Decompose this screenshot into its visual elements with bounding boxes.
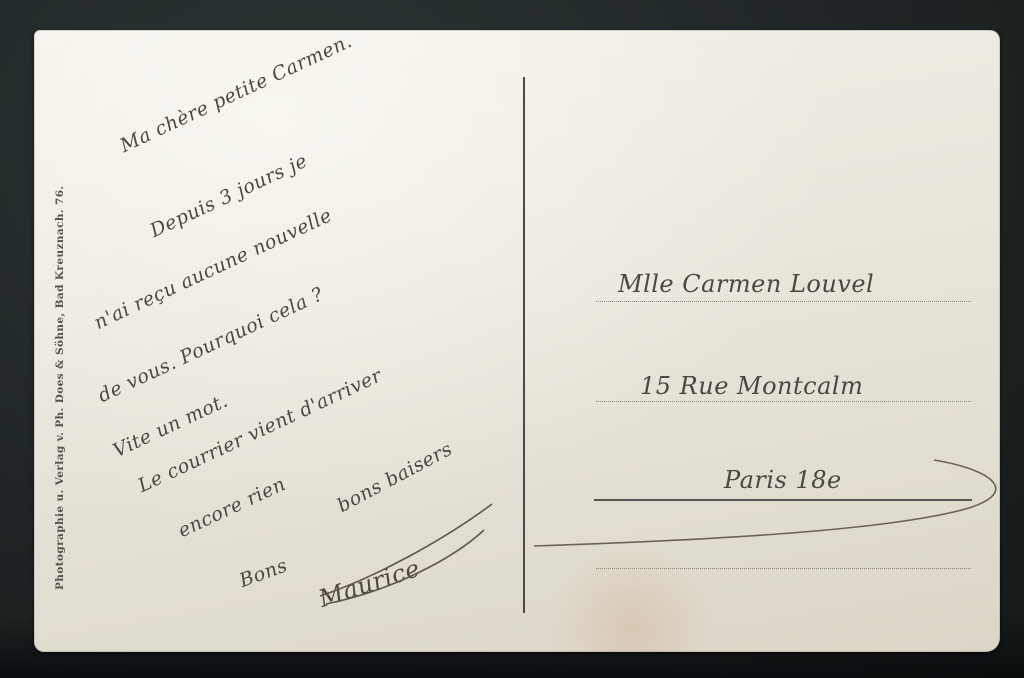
address-street: 15 Rue Montcalm <box>640 372 863 400</box>
address-line-4 <box>596 568 971 569</box>
message-line-closing: Bons <box>236 554 290 592</box>
message-line-greeting: Ma chère petite Carmen. <box>117 30 356 157</box>
message-line-8: bons baisers <box>334 438 456 517</box>
address-line-3-solid <box>594 499 972 501</box>
signature: Maurice <box>315 554 423 613</box>
address-city: Paris 18e <box>724 466 842 494</box>
postcard: Photographie u. Verlag v. Ph. Does & Söh… <box>34 30 1000 652</box>
address-line-1 <box>596 301 971 302</box>
publisher-imprint: Photographie u. Verlag v. Ph. Does & Söh… <box>54 186 66 590</box>
address-line-2 <box>596 401 971 402</box>
center-divider-line <box>523 77 525 613</box>
address-recipient: Mlle Carmen Louvel <box>618 270 874 298</box>
message-line-7: encore rien <box>175 473 290 542</box>
